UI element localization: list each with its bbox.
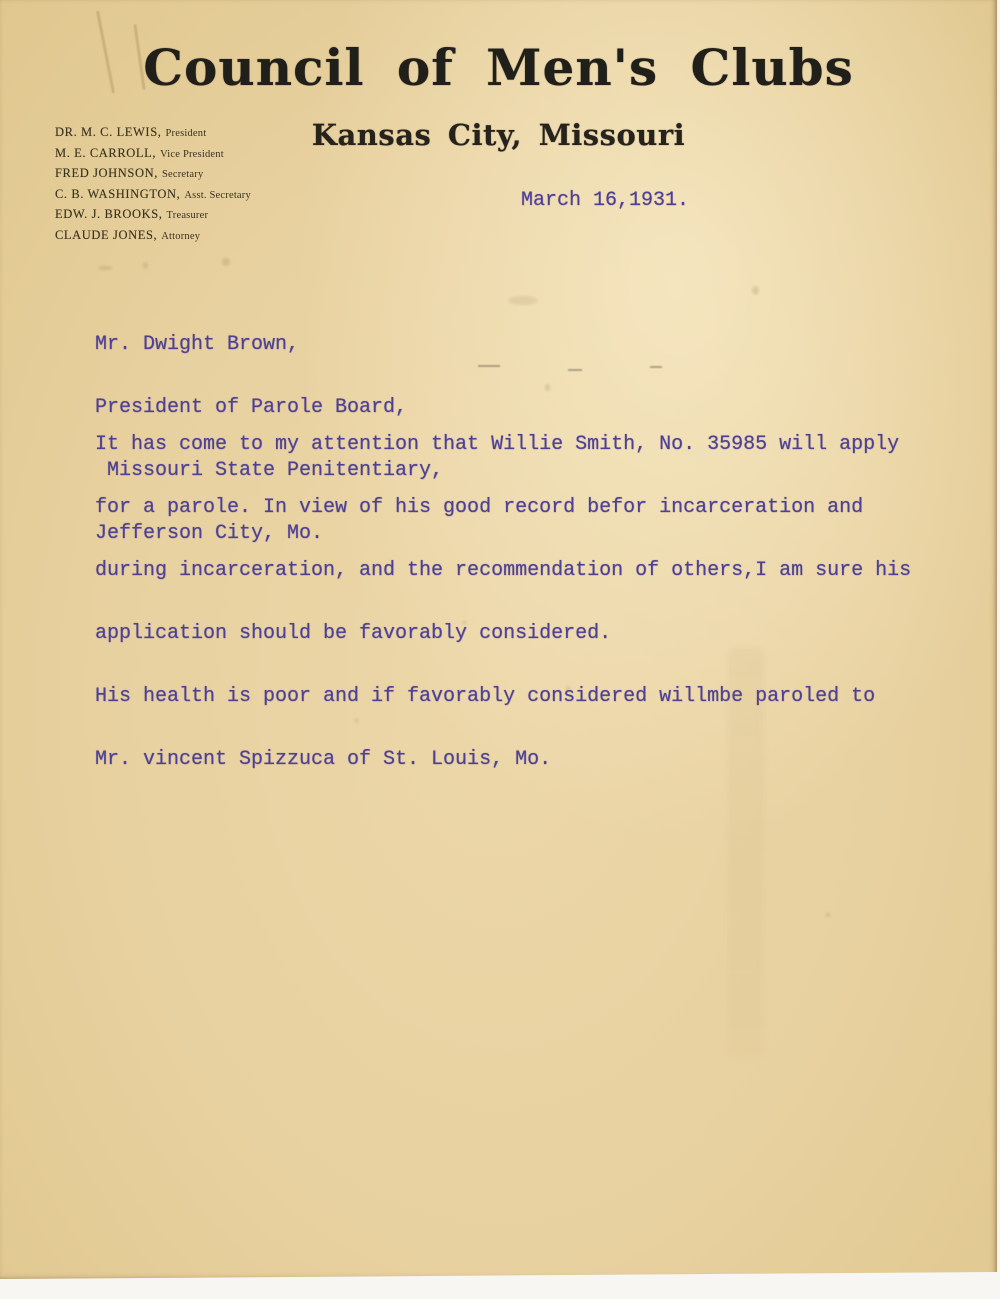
body-line: application should be favorably consider… [95,623,911,644]
ink-smudge [143,262,148,269]
officer-name: C. B. WASHINGTON, [55,187,180,201]
officer-row: C. B. WASHINGTON, Asst. Secretary [55,185,251,206]
pencil-dash [568,369,582,371]
officer-name: DR. M. C. LEWIS, [55,125,161,139]
letterhead-title: Council of Men's Clubs [0,38,997,97]
officer-title: Attorney [161,231,200,242]
paper-speck [826,913,830,917]
letter-date: March 16,1931. [521,189,689,212]
officers-list: DR. M. C. LEWIS, President M. E. CARROLL… [55,123,251,247]
officer-name: CLAUDE JONES, [55,228,157,242]
ink-smudge [752,286,759,295]
ink-smudge [545,384,550,391]
officer-name: FRED JOHNSON, [55,166,158,180]
pencil-dash [650,366,662,368]
officer-title: President [165,128,206,139]
officer-row: CLAUDE JONES, Attorney [55,226,251,247]
ink-smudge [222,258,230,266]
officer-name: EDW. J. BROOKS, [55,207,163,221]
pencil-dash [478,365,500,367]
officer-row: M. E. CARROLL, Vice President [55,144,251,165]
body-line: It has come to my attention that Willie … [95,434,911,455]
letter-paper: Council of Men's Clubs Kansas City, Miss… [0,0,997,1281]
officer-title: Treasurer [167,210,209,221]
body-line: for a parole. In view of his good record… [95,497,911,518]
body-line: during incarceration, and the recommenda… [95,560,911,581]
officer-name: M. E. CARROLL, [55,146,156,160]
ink-smudge [508,296,538,305]
body-line: His health is poor and if favorably cons… [95,686,911,707]
recipient-line: Mr. Dwight Brown, [95,334,443,355]
officer-row: DR. M. C. LEWIS, President [55,123,251,144]
scanned-letter-page: { "letterhead": { "title": "Council of M… [0,0,1000,1299]
officer-row: FRED JOHNSON, Secretary [55,164,251,185]
officer-title: Secretary [162,169,203,180]
officer-row: EDW. J. BROOKS, Treasurer [55,205,251,226]
officer-title: Asst. Secretary [184,190,251,201]
letter-body: It has come to my attention that Willie … [95,392,911,812]
body-line: Mr. vincent Spizzuca of St. Louis, Mo. [95,749,911,770]
officer-title: Vice President [160,149,224,160]
ink-smudge [98,266,112,270]
